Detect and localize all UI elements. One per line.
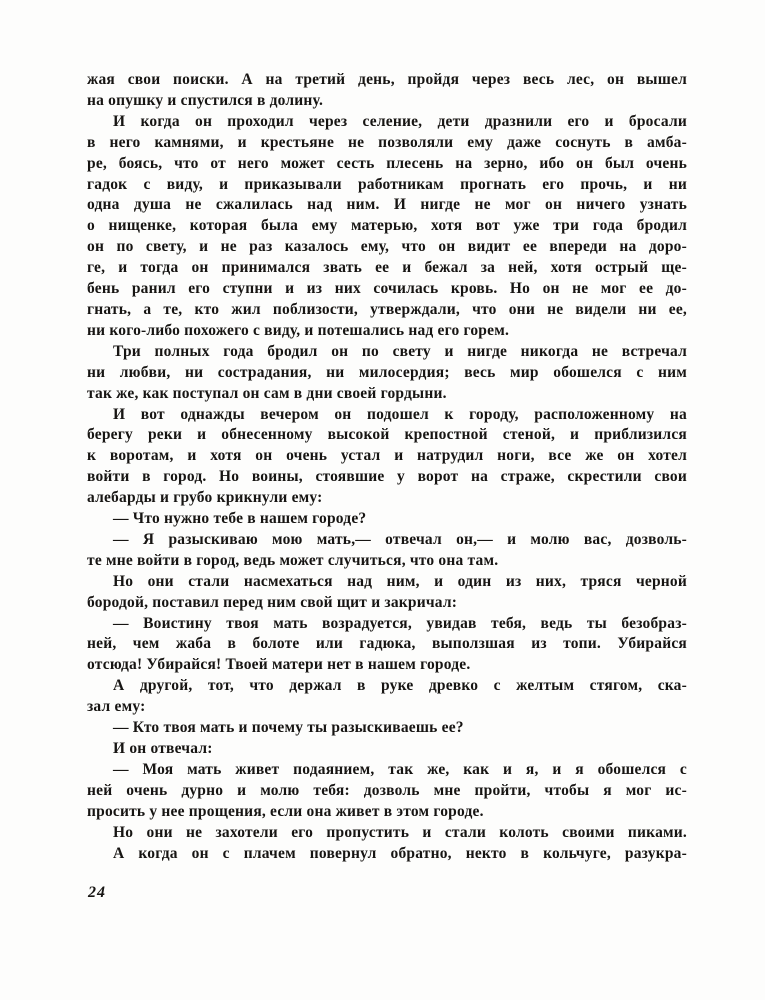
paragraph: — Воистину твоя мать возрадуется, увидав… [87,614,687,677]
paragraph: И он отвечал: [87,739,687,760]
paragraph: — Моя мать живет подаянием, так же, как … [87,760,687,823]
text-line: Но они не захотели его пропустить и стал… [87,823,687,844]
text-line: — Воистину твоя мать возрадуется, увидав… [87,614,687,635]
text-line: И когда он проходил через селение, дети … [87,112,687,133]
text-line: одна душа не сжалилась над ним. И нигде … [87,195,687,216]
text-line: войти в город. Но воины, стоявшие у воро… [87,467,687,488]
book-page: жая свои поиски. А на третий день, пройд… [0,0,765,1000]
text-line: — Моя мать живет подаянием, так же, как … [87,760,687,781]
text-line: гадок с виду, и приказывали работникам п… [87,175,687,196]
text-line: — Я разыскиваю мою мать,— отвечал он,— и… [87,530,687,551]
text-line: бень ранил его ступни и из них сочилась … [87,279,687,300]
text-line: так же, как поступал он сам в дни своей … [87,384,687,405]
text-line: И вот однажды вечером он подошел к город… [87,405,687,426]
text-line: о нищенке, которая была ему матерью, хот… [87,216,687,237]
text-line: к воротам, и хотя он очень устал и натру… [87,446,687,467]
paragraph: — Что нужно тебе в нашем городе? [87,509,687,530]
page-number: 24 [88,884,106,902]
text-line: — Кто твоя мать и почему ты разыскиваешь… [87,718,687,739]
text-line: ни любви, ни сострадания, ни милосердия;… [87,363,687,384]
paragraph: — Кто твоя мать и почему ты разыскиваешь… [87,718,687,739]
text-line: отсюда! Убирайся! Твоей матери нет в наш… [87,655,687,676]
paragraph: И когда он проходил через селение, дети … [87,112,687,342]
text-line: в него камнями, и крестьяне не позволяли… [87,133,687,154]
text-line: берегу реки и обнесенному высокой крепос… [87,425,687,446]
text-line: на опушку и спустился в долину. [87,91,687,112]
text-line: гнать, а те, кто жил поблизости, утвержд… [87,300,687,321]
paragraph: А когда он с плачем повернул обратно, не… [87,844,687,865]
paragraph: жая свои поиски. А на третий день, пройд… [87,70,687,112]
text-line: ни кого-либо похожего с виду, и потешали… [87,321,687,342]
text-line: ге, и тогда он принимался звать ее и беж… [87,258,687,279]
paragraph: А другой, тот, что держал в руке древко … [87,676,687,718]
text-line: ней, чем жаба в болоте или гадюка, выпол… [87,634,687,655]
text-line: И он отвечал: [87,739,687,760]
text-line: жая свои поиски. А на третий день, пройд… [87,70,687,91]
paragraph: — Я разыскиваю мою мать,— отвечал он,— и… [87,530,687,572]
paragraph: Но они стали насмехаться над ним, и один… [87,572,687,614]
paragraph: Но они не захотели его пропустить и стал… [87,823,687,844]
text-line: алебарды и грубо крикнули ему: [87,488,687,509]
text-line: ней очень дурно и молю тебя: дозволь мне… [87,781,687,802]
paragraph: И вот однажды вечером он подошел к город… [87,405,687,510]
text-line: бородой, поставил перед ним свой щит и з… [87,593,687,614]
page-text: жая свои поиски. А на третий день, пройд… [87,70,687,864]
text-line: ре, боясь, что от него может сесть плесе… [87,154,687,175]
text-line: Три полных года бродил он по свету и ниг… [87,342,687,363]
text-line: те мне войти в город, ведь может случить… [87,551,687,572]
text-line: он по свету, и не раз казалось ему, что … [87,237,687,258]
paragraph: Три полных года бродил он по свету и ниг… [87,342,687,405]
text-line: А когда он с плачем повернул обратно, не… [87,844,687,865]
text-line: Но они стали насмехаться над ним, и один… [87,572,687,593]
text-line: просить у нее прощения, если она живет в… [87,802,687,823]
text-line: зал ему: [87,697,687,718]
text-line: А другой, тот, что держал в руке древко … [87,676,687,697]
text-line: — Что нужно тебе в нашем городе? [87,509,687,530]
